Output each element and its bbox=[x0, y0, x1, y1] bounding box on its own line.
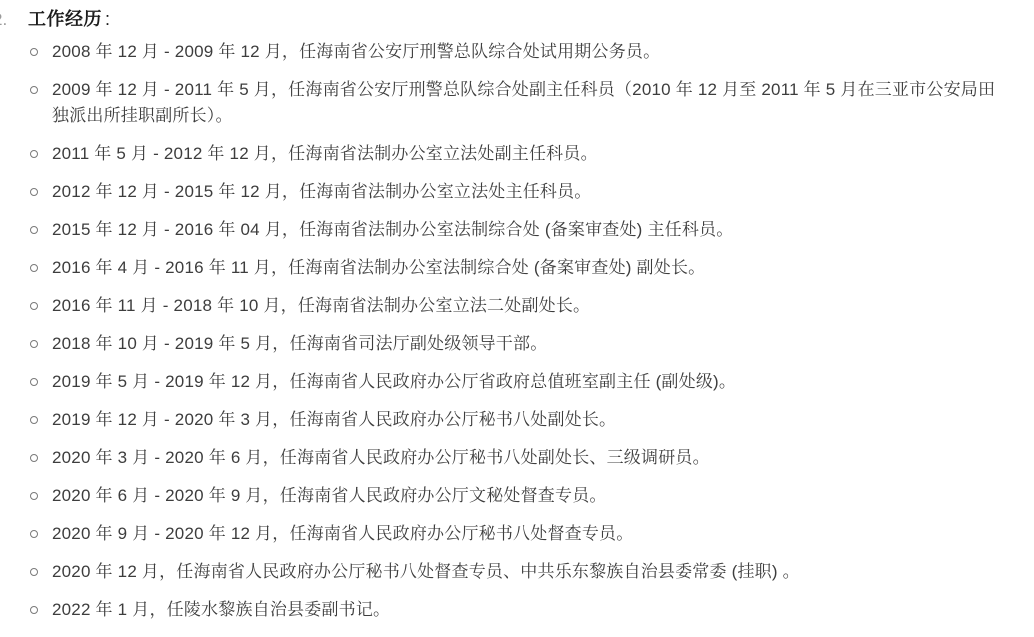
bullet-circle-icon bbox=[30, 568, 38, 576]
work-history-item: 2016 年 11 月 - 2018 年 10 月，任海南省法制办公室立法二处副… bbox=[52, 293, 1010, 319]
work-history-item: 2016 年 4 月 - 2016 年 11 月，任海南省法制办公室法制综合处 … bbox=[52, 255, 1010, 281]
work-history-item: 2020 年 3 月 - 2020 年 6 月，任海南省人民政府办公厅秘书八处副… bbox=[52, 445, 1010, 471]
work-history-item-text: 2011 年 5 月 - 2012 年 12 月，任海南省法制办公室立法处副主任… bbox=[52, 144, 598, 163]
work-history-item-text: 2019 年 12 月 - 2020 年 3 月，任海南省人民政府办公厅秘书八处… bbox=[52, 410, 616, 429]
bullet-circle-icon bbox=[30, 530, 38, 538]
bullet-circle-icon bbox=[30, 378, 38, 386]
work-history-item: 2011 年 5 月 - 2012 年 12 月，任海南省法制办公室立法处副主任… bbox=[52, 141, 1010, 167]
work-history-item: 2009 年 12 月 - 2011 年 5 月，任海南省公安厅刑警总队综合处副… bbox=[52, 77, 1010, 129]
bullet-circle-icon bbox=[30, 606, 38, 614]
work-history-item-text: 2008 年 12 月 - 2009 年 12 月，任海南省公安厅刑警总队综合处… bbox=[52, 42, 660, 61]
work-history-item: 2019 年 5 月 - 2019 年 12 月，任海南省人民政府办公厅省政府总… bbox=[52, 369, 1010, 395]
bullet-circle-icon bbox=[30, 492, 38, 500]
work-history-item: 2008 年 12 月 - 2009 年 12 月，任海南省公安厅刑警总队综合处… bbox=[52, 39, 1010, 65]
bullet-circle-icon bbox=[30, 416, 38, 424]
work-history-item-text: 2020 年 3 月 - 2020 年 6 月，任海南省人民政府办公厅秘书八处副… bbox=[52, 448, 710, 467]
work-history-item-text: 2019 年 5 月 - 2019 年 12 月，任海南省人民政府办公厅省政府总… bbox=[52, 372, 736, 391]
bullet-circle-icon bbox=[30, 454, 38, 462]
work-history-item-text: 2020 年 12 月，任海南省人民政府办公厅秘书八处督查专员、中共乐东黎族自治… bbox=[52, 562, 800, 581]
work-history-item: 2020 年 12 月，任海南省人民政府办公厅秘书八处督查专员、中共乐东黎族自治… bbox=[52, 559, 1010, 585]
work-history-item: 2012 年 12 月 - 2015 年 12 月，任海南省法制办公室立法处主任… bbox=[52, 179, 1010, 205]
work-history-item-text: 2018 年 10 月 - 2019 年 5 月，任海南省司法厅副处级领导干部。 bbox=[52, 334, 547, 353]
bullet-circle-icon bbox=[30, 340, 38, 348]
work-history-item-text: 2022 年 1 月，任陵水黎族自治县委副书记。 bbox=[52, 600, 390, 619]
bullet-circle-icon bbox=[30, 86, 38, 94]
section-title: 工作经历 bbox=[28, 5, 102, 31]
section-number: 2. bbox=[0, 10, 28, 30]
work-history-item-text: 2012 年 12 月 - 2015 年 12 月，任海南省法制办公室立法处主任… bbox=[52, 182, 592, 201]
bullet-circle-icon bbox=[30, 188, 38, 196]
work-history-item-text: 2020 年 6 月 - 2020 年 9 月，任海南省人民政府办公厅文秘处督查… bbox=[52, 486, 607, 505]
work-history-item-text: 2016 年 11 月 - 2018 年 10 月，任海南省法制办公室立法二处副… bbox=[52, 296, 590, 315]
work-history-list: 2008 年 12 月 - 2009 年 12 月，任海南省公安厅刑警总队综合处… bbox=[0, 39, 1034, 623]
work-history-document: 2. 工作经历 : 2008 年 12 月 - 2009 年 12 月，任海南省… bbox=[0, 0, 1034, 623]
bullet-circle-icon bbox=[30, 48, 38, 56]
bullet-circle-icon bbox=[30, 150, 38, 158]
work-history-item-text: 2015 年 12 月 - 2016 年 04 月，任海南省法制办公室法制综合处… bbox=[52, 220, 733, 239]
work-history-item: 2020 年 9 月 - 2020 年 12 月，任海南省人民政府办公厅秘书八处… bbox=[52, 521, 1010, 547]
work-history-item: 2022 年 1 月，任陵水黎族自治县委副书记。 bbox=[52, 597, 1010, 623]
bullet-circle-icon bbox=[30, 302, 38, 310]
work-history-item: 2015 年 12 月 - 2016 年 04 月，任海南省法制办公室法制综合处… bbox=[52, 217, 1010, 243]
work-history-item-text: 2020 年 9 月 - 2020 年 12 月，任海南省人民政府办公厅秘书八处… bbox=[52, 524, 633, 543]
work-history-item: 2019 年 12 月 - 2020 年 3 月，任海南省人民政府办公厅秘书八处… bbox=[52, 407, 1010, 433]
section-header: 2. 工作经历 : bbox=[0, 5, 1034, 33]
bullet-circle-icon bbox=[30, 264, 38, 272]
work-history-item-text: 2009 年 12 月 - 2011 年 5 月，任海南省公安厅刑警总队综合处副… bbox=[52, 80, 995, 125]
bullet-circle-icon bbox=[30, 226, 38, 234]
section-colon: : bbox=[105, 9, 110, 30]
work-history-item: 2018 年 10 月 - 2019 年 5 月，任海南省司法厅副处级领导干部。 bbox=[52, 331, 1010, 357]
work-history-item: 2020 年 6 月 - 2020 年 9 月，任海南省人民政府办公厅文秘处督查… bbox=[52, 483, 1010, 509]
work-history-item-text: 2016 年 4 月 - 2016 年 11 月，任海南省法制办公室法制综合处 … bbox=[52, 258, 705, 277]
